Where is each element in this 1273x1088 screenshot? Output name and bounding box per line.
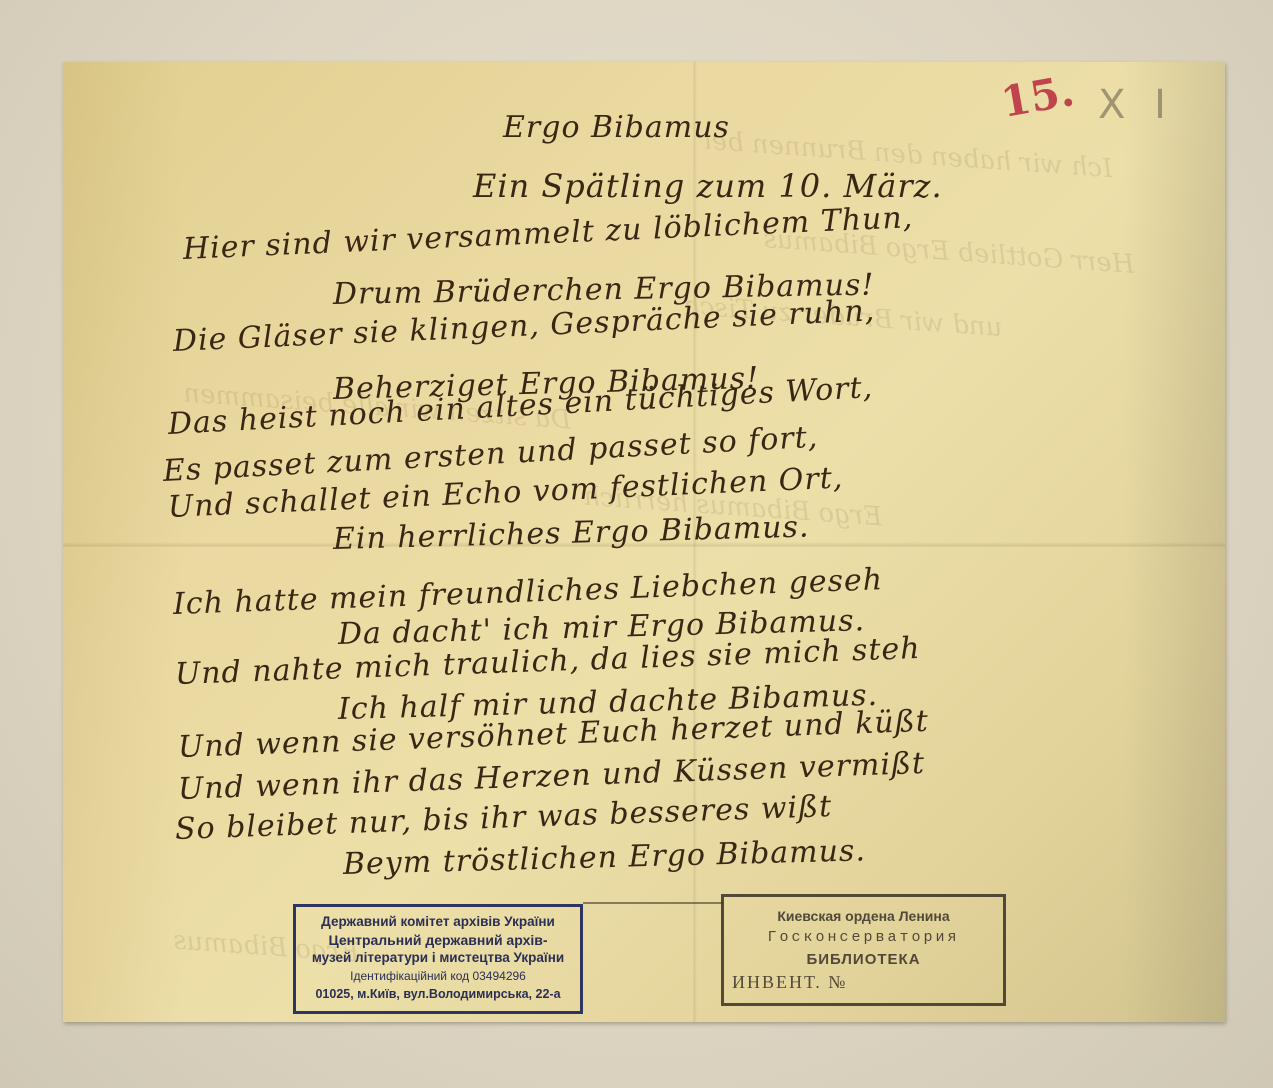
archive-stamp-line: 01025, м.Київ, вул.Володимирська, 22-а: [296, 985, 580, 1003]
archive-stamp-line: Центральний державний архів-: [296, 931, 580, 949]
archive-stamp-line: Державний комітет архівів України: [296, 913, 580, 931]
manuscript-page: Ich wir haben den Brunnen bei Herr Gottl…: [63, 62, 1225, 1022]
library-stamp-line: ИНВЕНТ. №: [724, 971, 1003, 993]
poem-title: Ergo Bibamus: [503, 110, 730, 145]
archive-stamp: Державний комітет архівів України Центра…: [293, 904, 583, 1014]
folio-mark: X I: [1098, 82, 1174, 128]
poem-line: Ein herrliches Ergo Bibamus.: [333, 510, 810, 557]
folio-number: 15.: [997, 66, 1077, 127]
poem-line: Beym tröstlichen Ergo Bibamus.: [343, 833, 867, 882]
library-stamp-line: Киевская ордена Ленина: [724, 905, 1003, 927]
archive-stamp-line: музей літератури і мистецтва України: [296, 949, 580, 967]
library-stamp: Киевская ордена Ленина Госконсерватория …: [721, 894, 1006, 1006]
library-stamp-line: Госконсерватория: [724, 927, 1003, 949]
pen-stroke: [583, 902, 723, 904]
archive-stamp-line: Ідентифікаційний код 03494296: [296, 967, 580, 985]
folio-number-text: 15: [997, 69, 1063, 127]
library-stamp-line: БИБЛИОТЕКА: [724, 949, 1003, 971]
poem-subtitle: Ein Spätling zum 10. März.: [473, 167, 943, 205]
